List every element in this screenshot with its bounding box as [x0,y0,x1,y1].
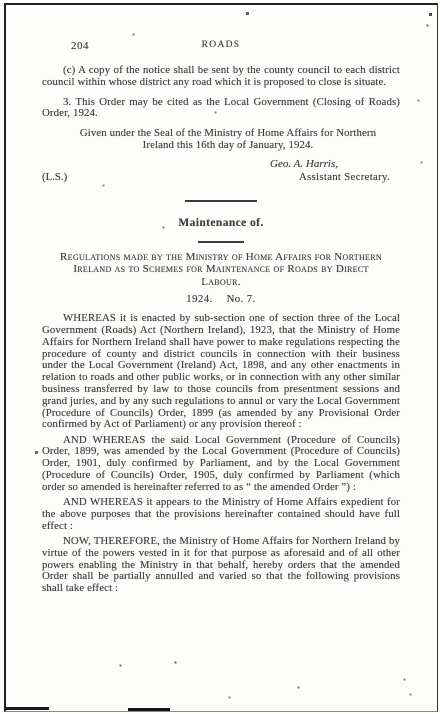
heading-divider [198,241,244,243]
order-number: No. 7. [227,293,256,305]
paragraph-citation: 3. This Order may be cited as the Local … [42,97,400,121]
seal-row: (L.S.) Assistant Secretary. [42,171,400,183]
scan-noise [0,0,1,1]
scanned-document-page: 204 ROADS (c) A copy of the notice shall… [0,0,440,714]
page-header: 204 ROADS [42,40,400,53]
signature: Geo. A. Harris, [270,158,338,170]
recital-whereas-amendments: AND WHEREAS the said Local Government (P… [42,435,400,494]
recital-whereas-powers: WHEREAS it is enacted by sub-section one… [42,313,400,431]
section-heading: Maintenance of. [42,217,400,229]
section-divider [185,200,257,202]
attestation-clause: Given under the Seal of the Ministry of … [58,128,384,152]
order-title: Regulations made by the Ministry of Home… [59,251,383,288]
signatory-title: Assistant Secretary. [299,171,400,183]
paragraph-notice-copy: (c) A copy of the notice shall be sent b… [42,65,400,89]
scan-edge-artifact [128,708,170,711]
operative-clause: NOW, THEREFORE, the Ministry of Home Aff… [42,536,400,595]
running-head: ROADS [42,40,400,50]
signature-line: Geo. A. Harris, [42,158,400,170]
order-number-line: 1924.No. 7. [42,293,400,305]
scan-edge-artifact [5,707,49,710]
seal-mark: (L.S.) [42,171,67,183]
recital-whereas-expedient: AND WHEREAS it appears to the Ministry o… [42,497,400,532]
page-content: 204 ROADS (c) A copy of the notice shall… [42,40,400,595]
page-number: 204 [71,40,89,52]
order-year: 1924. [186,293,212,305]
